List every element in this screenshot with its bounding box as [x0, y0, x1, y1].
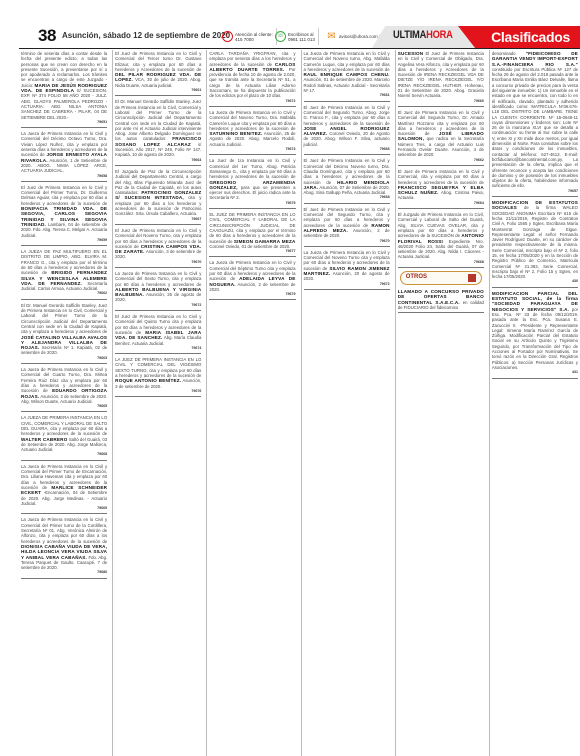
classified-notice: SUCESION El Juez de Primera Instancia en…	[398, 50, 484, 107]
whatsapp-contact: ☏ Escribinos al0981 111 013	[275, 28, 319, 45]
column-6: denominado "FIDEICOMISO DE GARANTIA VEND…	[489, 50, 580, 756]
notice-code: 79675	[209, 201, 295, 206]
notice-code: 79670	[304, 239, 390, 244]
section-square-icon	[468, 274, 476, 282]
notice-code: 79664	[398, 201, 484, 206]
notice-name: MARIA DE JESÚS RODRIGUEZ VDA. DE ESPINDO…	[21, 83, 107, 93]
classified-notice: El Juez de Primera Instancia en lo Civil…	[115, 227, 201, 268]
classified-notice: La Jueza de Primera Instancia en lo Civi…	[115, 270, 201, 311]
classified-notice: MODIFICACION DE ESTATUTOS SOCIALES de la…	[492, 199, 578, 288]
notice-code: 79672	[304, 282, 390, 287]
notice-code: 79657	[492, 189, 578, 194]
notice-code: 430	[492, 279, 578, 284]
classified-notice: El Juez de Primera Instancia en lo Civil…	[398, 109, 484, 166]
phone-icon: ✆	[222, 31, 233, 42]
classified-notice: El Juez de Primera Instancia en lo Civil…	[115, 50, 201, 96]
notice-name: FRANCISCO SEGUEYRA Y ELBA SCHULZ NUÑEZ.	[398, 185, 484, 195]
notice-code: 79659	[21, 238, 107, 243]
classified-notice: El Juzgado de Primera Instancia en lo Ci…	[398, 211, 484, 268]
notice-name: EDUARDO ORTIGOZA ROJAS.	[21, 388, 107, 398]
classified-notice: La Jueza de Primera Instancia en lo Civi…	[209, 109, 295, 155]
notice-code: 79674	[115, 346, 201, 351]
classified-notice: término de sesenta días a contar desde l…	[21, 50, 107, 128]
classified-notice: El Juez de Primera Instancia en lo Civil…	[115, 313, 201, 354]
notice-name: MARIA ISABEL JARA VDA. DE SANCHEZ.	[115, 330, 201, 340]
classified-notice: LA JUEZA DE PRIMERA INSTANCIA EN LO CIVI…	[21, 414, 107, 460]
classified-notice: La Jueza de Primera Instancia en lo Civi…	[209, 259, 295, 300]
section-banner: Clasificados	[458, 26, 580, 48]
classified-notice: El Juez de Primera Instancia en lo Civil…	[304, 206, 390, 247]
notice-name: LLAMADO A CONCURSO PRIVADO DE OFERTAS BA…	[398, 289, 484, 305]
notice-code: 79677	[209, 249, 295, 254]
notice-name: JOSE ANGEL RODRIGUEZ ALVAREZ.	[304, 126, 390, 136]
classified-notice: MODIFICACION PARCIAL DEL ESTATUTO SOCIAL…	[492, 290, 578, 379]
notice-name: ANTONIO FLORIVAL ROSSI	[398, 233, 484, 243]
column-2: El Juez de Primera Instancia en lo Civil…	[112, 50, 203, 756]
notice-name: HILARIO MENDIOLA JARA.	[304, 180, 390, 190]
classified-notice: denominado "FIDEICOMISO DE GARANTIA VEND…	[492, 50, 578, 197]
notice-code: 79668	[304, 195, 390, 200]
classified-notice: LLAMADO A CONCURSO PRIVADO DE OFERTAS BA…	[398, 288, 484, 313]
classified-notice: La Jueza de Primera Instancia en lo Civi…	[304, 50, 390, 102]
notice-name: SUCESION	[398, 51, 424, 56]
notice-code: 79664	[115, 158, 201, 163]
notice-code: 79667	[115, 217, 201, 222]
notice-code: 79670	[115, 260, 201, 265]
notice-code: 79660	[398, 99, 484, 104]
notice-name: MODIFICACION DE ESTATUTOS SOCIALES	[492, 200, 578, 210]
classified-notice: El Dr. Manuel Gerardo Saffidin Stanley, …	[21, 302, 107, 364]
classified-notice: EL JUEZ DE PRIMERA INSTANCIA EN LO CIVIL…	[209, 211, 295, 257]
notice-name: DEL PILAR RODRIGUEZ VDA. DE LOPEZ.	[115, 72, 201, 82]
notice-code: 79662	[21, 291, 107, 296]
notice-code: 79658	[21, 174, 107, 179]
notice-name: WALTER CABRERO	[21, 437, 67, 442]
envelope-icon: ✉	[326, 31, 337, 42]
classified-notice: LA JUEZ DE PRIMERA INSTANCIA EN LO CIVIL…	[115, 356, 201, 397]
notice-name: ROQUE ANTONIO BENÍTEZ.	[115, 378, 181, 383]
classified-notice: La Jueza de Primera Instancia en lo Civi…	[304, 249, 390, 290]
notice-code: 79669	[21, 506, 107, 511]
classified-notice: La Jueza de Primera Instancia en lo Civi…	[21, 366, 107, 412]
classified-notice: El Juez de Primera Instancia en lo Civil…	[398, 168, 484, 209]
whatsapp-icon: ☏	[275, 31, 286, 42]
notice-name: CRISTINA CAMPOS VDA. DE ZARATE.	[115, 244, 201, 254]
notice-name: BRIGIDO FERNANDEZ SILVA Y WENCESLAA ALEM…	[21, 270, 107, 286]
issue-date: Asunción, sábado 12 de septiembre de 202…	[62, 31, 230, 40]
notice-code: 79679	[209, 292, 295, 297]
notice-name: SILVIO RAMON JIMENEZ MARTINEZ.	[304, 266, 390, 276]
notice-code: 79668	[398, 260, 484, 265]
notice-name: FRANCISCO SOSANO LOPEZ ALCARAZ	[115, 136, 201, 146]
notice-name: RAMON ALFREDO MEZA.	[304, 223, 390, 233]
column-4: La Jueza de Primera Instancia en lo Civi…	[301, 50, 392, 756]
classified-notice: El Juez de Primera Instancia en lo Civil…	[21, 184, 107, 246]
notice-name: GREGORIO ARZAMENDIA GONZALEZ,	[209, 180, 295, 190]
notice-name: DIONISIA CABAÑA VIUDA DE VERA, HILDA LEO…	[21, 544, 107, 560]
notice-name: JORGE ERNESTO AYALA RIVAROLA.	[21, 152, 107, 162]
classified-notice: CARLA TARDAÑA YRIGFRAN, cita y emplaza p…	[209, 50, 295, 107]
classified-notice: El Juez de Primera Instancia en lo Civil…	[304, 104, 390, 156]
classified-notice: El Juzgado de Paz de la Circunscripción …	[115, 168, 201, 225]
classified-notice: La Juez de 1ra Instancia en lo Civil y C…	[209, 157, 295, 209]
notice-name: CARLOS ALBERTO DUARTE TORRES.	[209, 62, 295, 72]
notice-name: "FIDEICOMISO DE GARANTIA VENDY IMPORT-EX…	[492, 51, 578, 67]
notice-name: BONIFACIA TRINIDAD VDA. DE SEGOVIA, CARL…	[21, 206, 107, 227]
notice-name: SATURNINO BENITEZ.	[209, 131, 262, 136]
classified-notice: El Juez de Primera Instancia en lo Civil…	[304, 157, 390, 203]
notice-name: JOSÉ CATALINO VILLALBA AVALOS Y ALEJANDR…	[21, 335, 107, 351]
column-3: CARLA TARDAÑA YRIGFRAN, cita y emplaza p…	[206, 50, 297, 756]
notice-name: ADELAIDA LEYVA DE NOGUERA.	[209, 276, 295, 286]
page-number: 38	[38, 26, 56, 46]
notice-name: PATROCINIO GONZALEZ S/ SUCESION INTESTAD…	[115, 190, 201, 200]
notice-code: 79672	[115, 303, 201, 308]
classified-notice: La Jueza de Primera Instancia en lo Civi…	[21, 463, 107, 515]
notice-code: 79661	[304, 93, 390, 98]
notice-code: 79672	[209, 99, 295, 104]
notice-code: 79663	[21, 356, 107, 361]
notice-code: 79661	[115, 88, 201, 93]
newspaper-logo: ULTIMAHORA	[393, 29, 453, 41]
notice-code: 79673	[209, 147, 295, 152]
classified-notice: La Jueza de Primera Instancia en lo Civi…	[21, 516, 107, 578]
notice-code: 79666	[304, 147, 390, 152]
notice-code: 79680	[21, 570, 107, 575]
notice-code: 79676	[115, 389, 201, 394]
notice-code: 79651	[21, 120, 107, 125]
page-header: 38 Asunción, sábado 12 de septiembre de …	[0, 26, 580, 48]
notice-code: 79662	[398, 158, 484, 163]
classifieds-columns: término de sesenta días a contar desde l…	[19, 50, 580, 756]
notice-code: 79665	[21, 404, 107, 409]
notice-name: SIMEON GAMARRA MEZA	[234, 239, 296, 244]
notice-name: RAUL ENRIQUE CAMPOS CHENU.	[304, 72, 390, 77]
classified-notice: El Dr. Manuel Gerardo Saffidin Stanley, …	[115, 98, 201, 166]
customer-service-contact: ✆ Atención al cliente:415 7000	[222, 28, 277, 45]
notice-name: ALBERTO BALBUENA Y VIRGINIA BALBUENA.	[115, 287, 201, 297]
notice-name: JOSÉ LIBRADO SALOMON,	[398, 131, 484, 141]
notice-code: 431	[492, 370, 578, 375]
column-5: SUCESION El Juez de Primera Instancia en…	[395, 50, 486, 756]
notice-name: MARLICE SCHNEIDER ECKERT	[21, 485, 107, 495]
otros-label: OTROS	[406, 275, 427, 280]
notice-name: MODIFICACION PARCIAL DEL ESTATUTO SOCIAL…	[492, 291, 578, 312]
header-rule	[19, 48, 580, 49]
otros-section-header: OTROS	[400, 271, 482, 285]
notice-code: 79668	[21, 452, 107, 457]
classified-notice: La Jueza de Primera Instancia en lo Civi…	[21, 130, 107, 182]
classified-notice: LA JUEZA DE PAZ MULTIFUERO EN EL DISTRIT…	[21, 248, 107, 300]
column-1: término de sesenta días a contar desde l…	[19, 50, 109, 756]
